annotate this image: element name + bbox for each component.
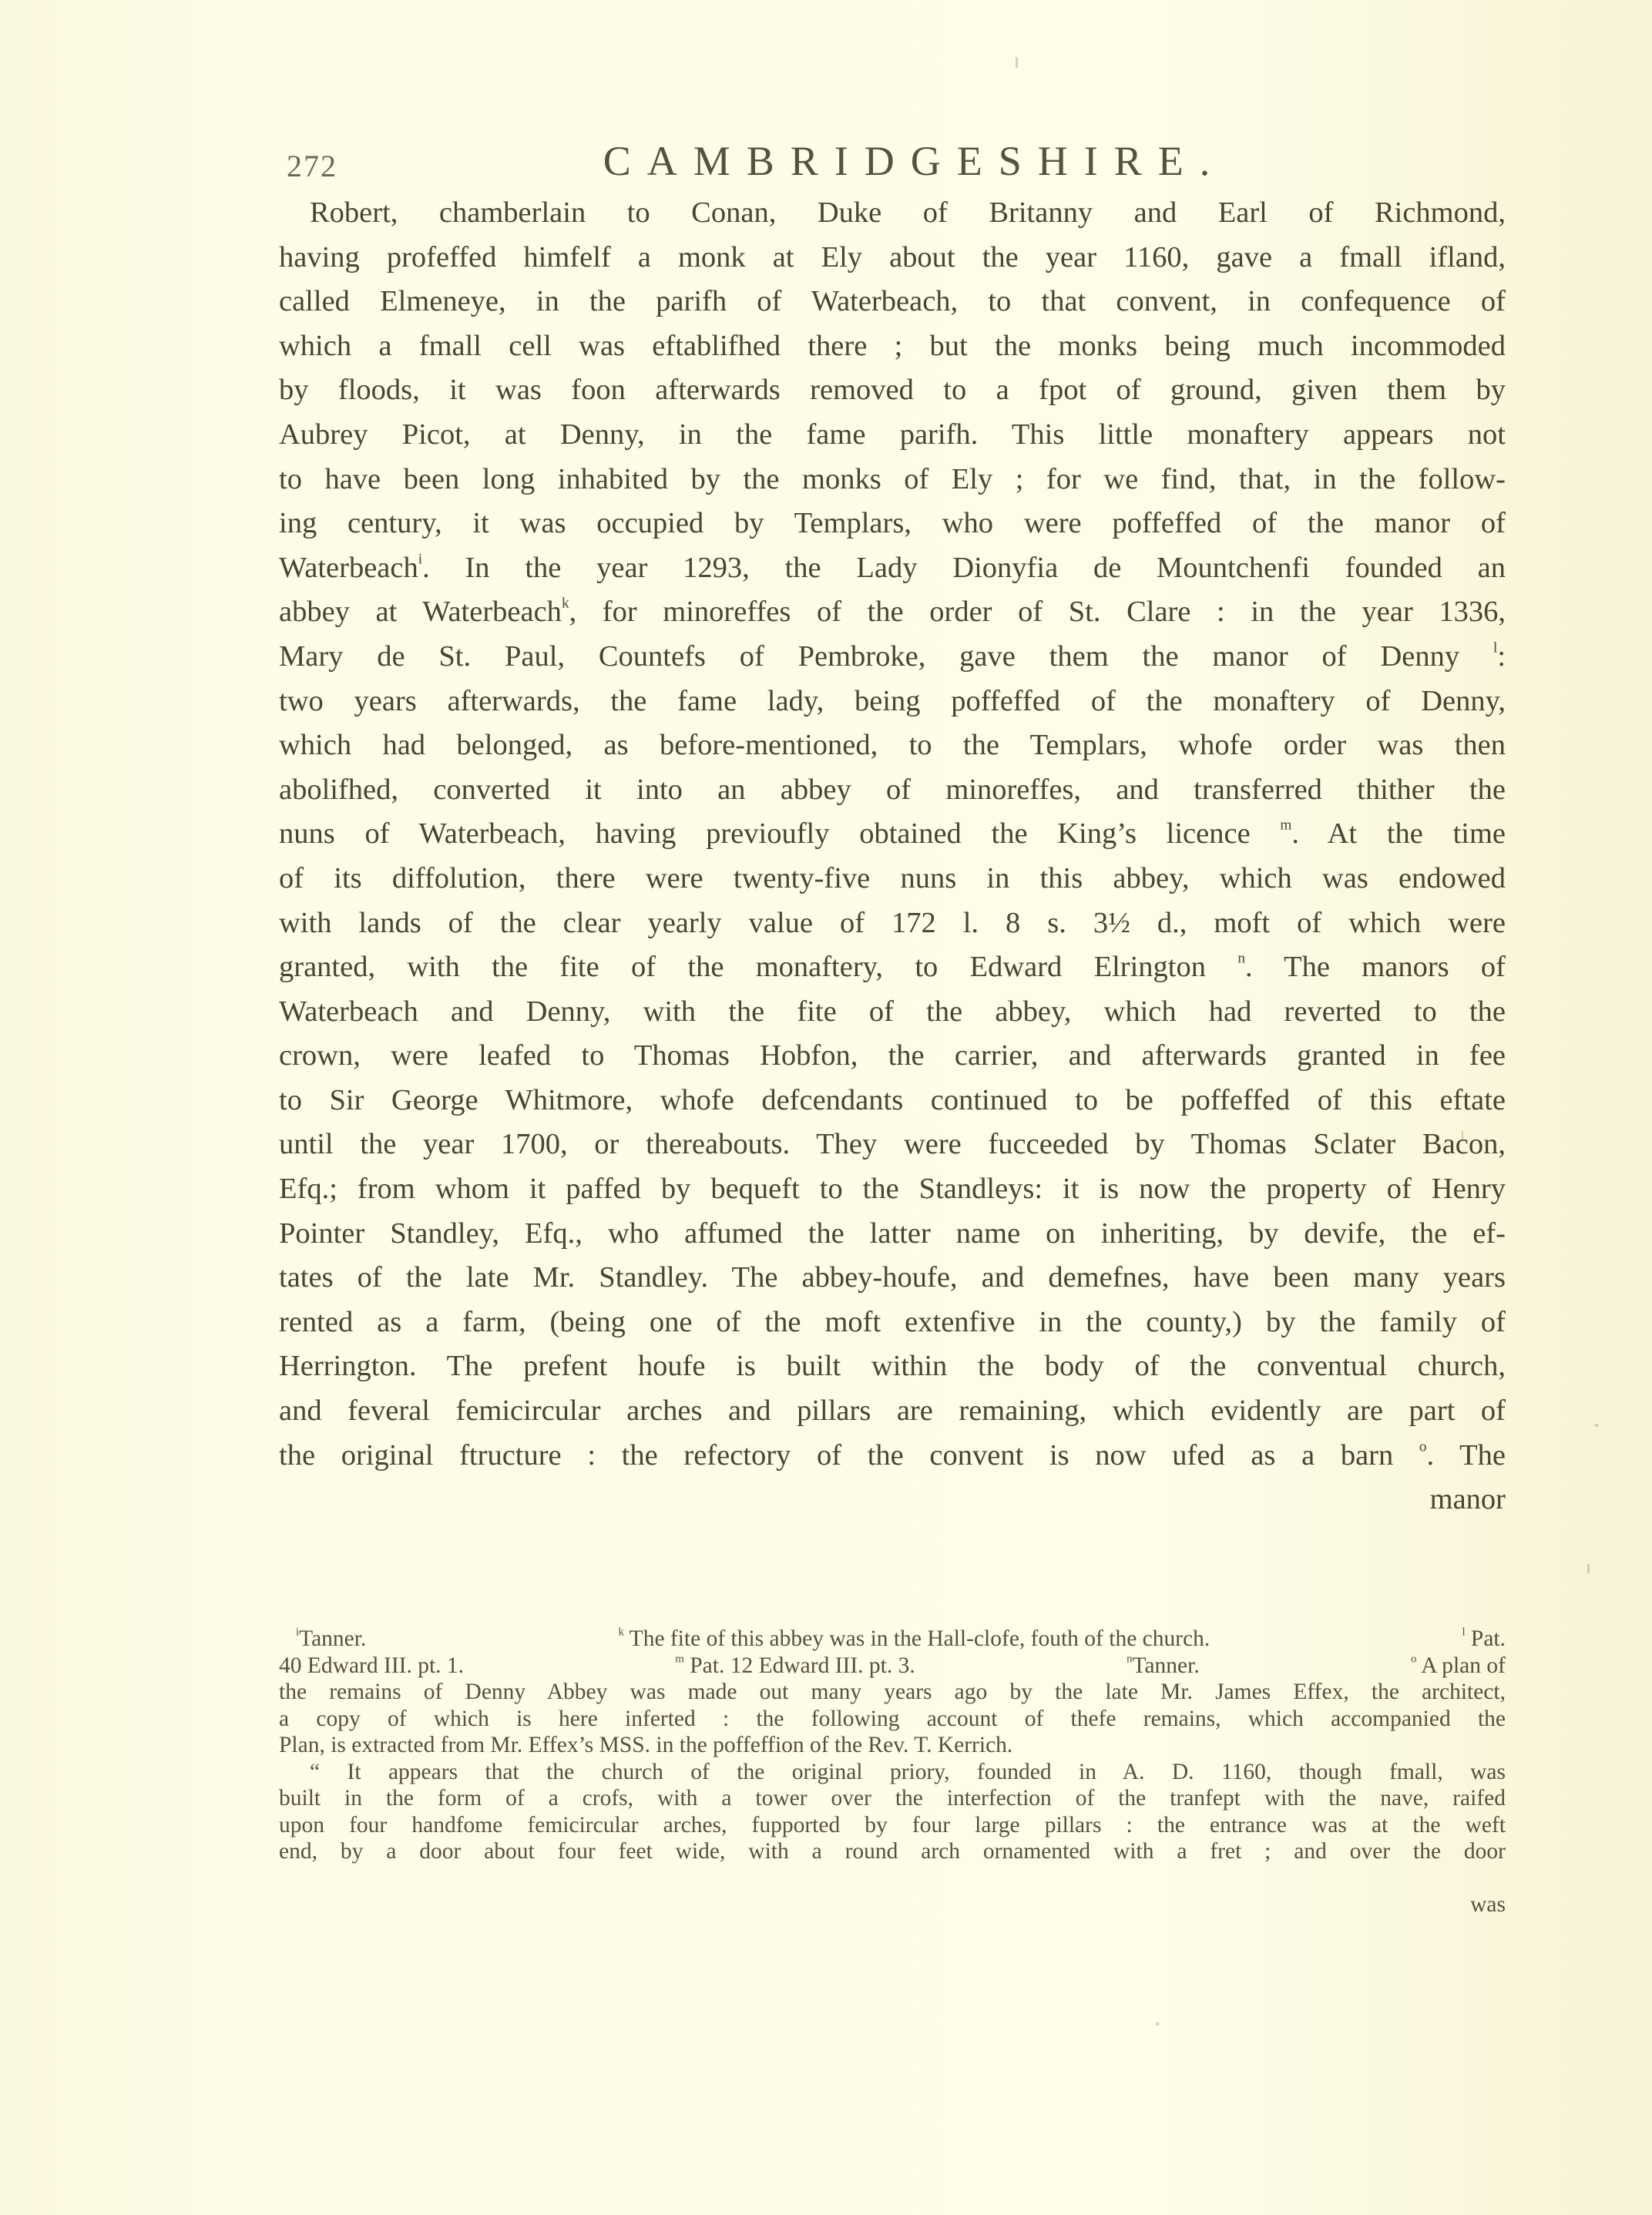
footnote-mark: k (618, 1626, 623, 1639)
footnote-ref-m[interactable]: m (1280, 817, 1291, 834)
paper-speck (1462, 1131, 1463, 1142)
body-line: abbey at Waterbeachk, for minoreffes of … (279, 590, 1506, 635)
footnote-m: m Pat. 12 Edward III. pt. 3. (675, 1653, 915, 1680)
body-line: having profeffed himfelf a monk at Ely a… (279, 236, 1506, 280)
body-line: Pointer Standley, Efq., who affumed the … (279, 1212, 1506, 1257)
footnote-o: o A plan of (1411, 1653, 1506, 1680)
footnote-text: Pat. (1471, 1626, 1506, 1651)
footnote-line: a copy of which is here inferted : the f… (279, 1706, 1506, 1733)
body-line-text: . In the year 1293, the Lady Dionyfia de… (422, 552, 1506, 584)
body-line: Herrington. The prefent houfe is built w… (279, 1344, 1506, 1389)
footnote-text: Tanner. (1132, 1653, 1199, 1678)
body-line-text: granted, with the fite of the monaftery,… (279, 951, 1206, 983)
body-line: and feveral femicircular arches and pill… (279, 1389, 1506, 1434)
body-line: until the year 1700, or thereabouts. The… (279, 1123, 1506, 1167)
paper-speck (1587, 1564, 1590, 1573)
running-title: CAMBRIDGESHIRE. (287, 137, 1512, 185)
body-line: Mary de St. Paul, Countefs of Pembroke, … (279, 635, 1506, 680)
paper-speck (1156, 2022, 1159, 2025)
body-line: Efq.; from whom it paffed by bequeft to … (279, 1167, 1506, 1212)
body-line: granted, with the fite of the monaftery,… (279, 945, 1506, 990)
footnote-quote-line: built in the form of a crofs, with a tow… (279, 1785, 1506, 1812)
body-line: by floods, it was foon afterwards remove… (279, 368, 1506, 413)
footnote-line: the remains of Denny Abbey was made out … (279, 1679, 1506, 1706)
body-line: the original ftructure : the refectory o… (279, 1434, 1506, 1478)
footnote-l-continued: 40 Edward III. pt. 1. (279, 1653, 464, 1680)
body-line-text: . At the time (1291, 817, 1506, 850)
footnote-ref-o[interactable]: o (1419, 1438, 1427, 1455)
body-line: rented as a farm, (being one of the moft… (279, 1300, 1506, 1345)
footnote-line: Plan, is extracted from Mr. Effex’s MSS.… (279, 1732, 1506, 1759)
body-line-text: . The manors of (1245, 951, 1506, 983)
footnote-text: Tanner. (299, 1626, 366, 1651)
footnotes: iTanner. k The fite of this abbey was in… (279, 1626, 1506, 1918)
body-line: Waterbeach and Denny, with the fite of t… (279, 990, 1506, 1035)
footnote-quote-line: upon four handfome femicircular arches, … (279, 1812, 1506, 1839)
body-line: with lands of the clear yearly value of … (279, 901, 1506, 946)
body-line: Robert, chamberlain to Conan, Duke of Br… (279, 191, 1506, 236)
footnote-quote-line: end, by a door about four feet wide, wit… (279, 1838, 1506, 1865)
body-line: abolifhed, converted it into an abbey of… (279, 768, 1506, 813)
body-line: ing century, it was occupied by Templars… (279, 502, 1506, 546)
body-line: to Sir George Whitmore, whofe defcendant… (279, 1079, 1506, 1123)
footnote-mark: o (1411, 1653, 1416, 1665)
paper-speck (1016, 57, 1018, 68)
body-text: Robert, chamberlain to Conan, Duke of Br… (279, 191, 1506, 1522)
body-line: of its diffolution, there were twenty-fi… (279, 857, 1506, 901)
footnote-catchword: was (279, 1891, 1506, 1918)
footnote-mark: m (675, 1653, 683, 1665)
footnote-mark: l (1462, 1626, 1465, 1639)
footnote-row: iTanner. k The fite of this abbey was in… (279, 1626, 1506, 1653)
footnote-ref-n[interactable]: n (1237, 951, 1245, 967)
footnote-row: 40 Edward III. pt. 1. m Pat. 12 Edward I… (279, 1653, 1506, 1680)
body-line-text: nuns of Waterbeach, having previoufly ob… (279, 817, 1251, 850)
footnote-k: k The fite of this abbey was in the Hall… (618, 1626, 1210, 1653)
running-head: 272 CAMBRIDGESHIRE. (287, 137, 1512, 191)
footnote-i: iTanner. (296, 1626, 366, 1653)
catchword: manor (279, 1478, 1506, 1522)
footnote-text: A plan of (1421, 1653, 1506, 1678)
body-line-text: Mary de St. Paul, Countefs of Pembroke, … (279, 640, 1459, 673)
body-line-text: the original ftructure : the refectory o… (279, 1439, 1393, 1472)
body-line: called Elmeneye, in the parifh of Waterb… (279, 280, 1506, 324)
body-line-text: abbey at Waterbeach (279, 596, 562, 628)
body-line: tates of the late Mr. Standley. The abbe… (279, 1256, 1506, 1300)
book-page: 272 CAMBRIDGESHIRE. Robert, chamberlain … (0, 0, 1652, 2215)
body-line: to have been long inhabited by the monks… (279, 458, 1506, 502)
footnote-text: The fite of this abbey was in the Hall-c… (630, 1626, 1210, 1651)
body-line-text: : (1497, 640, 1506, 673)
footnote-text: Pat. 12 Edward III. pt. 3. (690, 1653, 915, 1678)
body-line-text: , for minoreffes of the order of St. Cla… (569, 596, 1506, 628)
footnote-n: nTanner. (1127, 1653, 1200, 1680)
paper-speck (1595, 1424, 1598, 1427)
footnote-quote-line: “ It appears that the church of the orig… (279, 1759, 1506, 1786)
footnote-ref-k[interactable]: k (562, 596, 569, 612)
body-line: Aubrey Picot, at Denny, in the fame pari… (279, 413, 1506, 458)
footnote-l: l Pat. (1462, 1626, 1506, 1653)
body-line-text: Waterbeach (279, 552, 418, 584)
body-line: two years afterwards, the fame lady, bei… (279, 680, 1506, 724)
footnote-gap (279, 1865, 1506, 1891)
body-line: nuns of Waterbeach, having previoufly ob… (279, 812, 1506, 857)
body-line-text: . The (1427, 1439, 1506, 1472)
body-line: crown, were leafed to Thomas Hobfon, the… (279, 1034, 1506, 1079)
body-line: Waterbeachi. In the year 1293, the Lady … (279, 546, 1506, 591)
body-line: which had belonged, as before-mentioned,… (279, 723, 1506, 768)
body-line: which a fmall cell was eftablifhed there… (279, 324, 1506, 369)
